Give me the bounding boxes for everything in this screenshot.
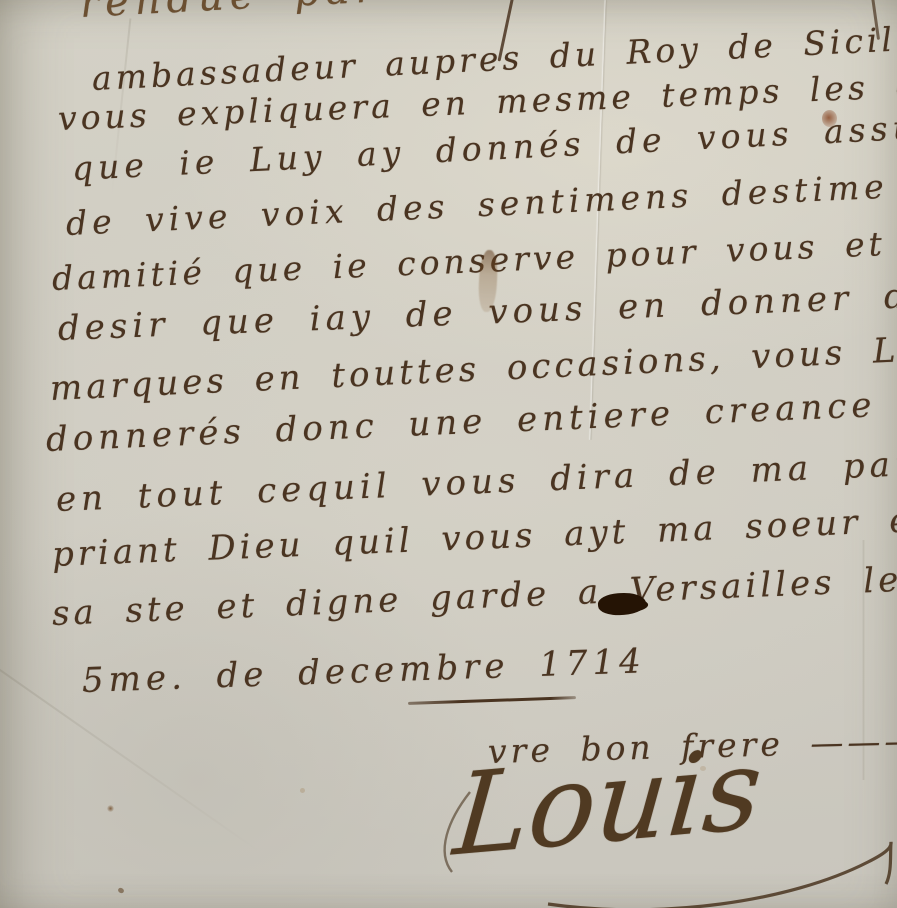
letter-line: rendüe par le marq [79, 0, 630, 24]
foxing-spot [107, 805, 114, 812]
letter-page: rendüe par le marq ambassadeur aupres du… [0, 0, 897, 908]
date-underline [408, 696, 576, 705]
foxing-spot [117, 887, 125, 894]
foxing-spot [300, 788, 305, 793]
royal-signature: Louis [450, 733, 766, 873]
date-line: 5me. de decembre 1714 [81, 644, 646, 698]
